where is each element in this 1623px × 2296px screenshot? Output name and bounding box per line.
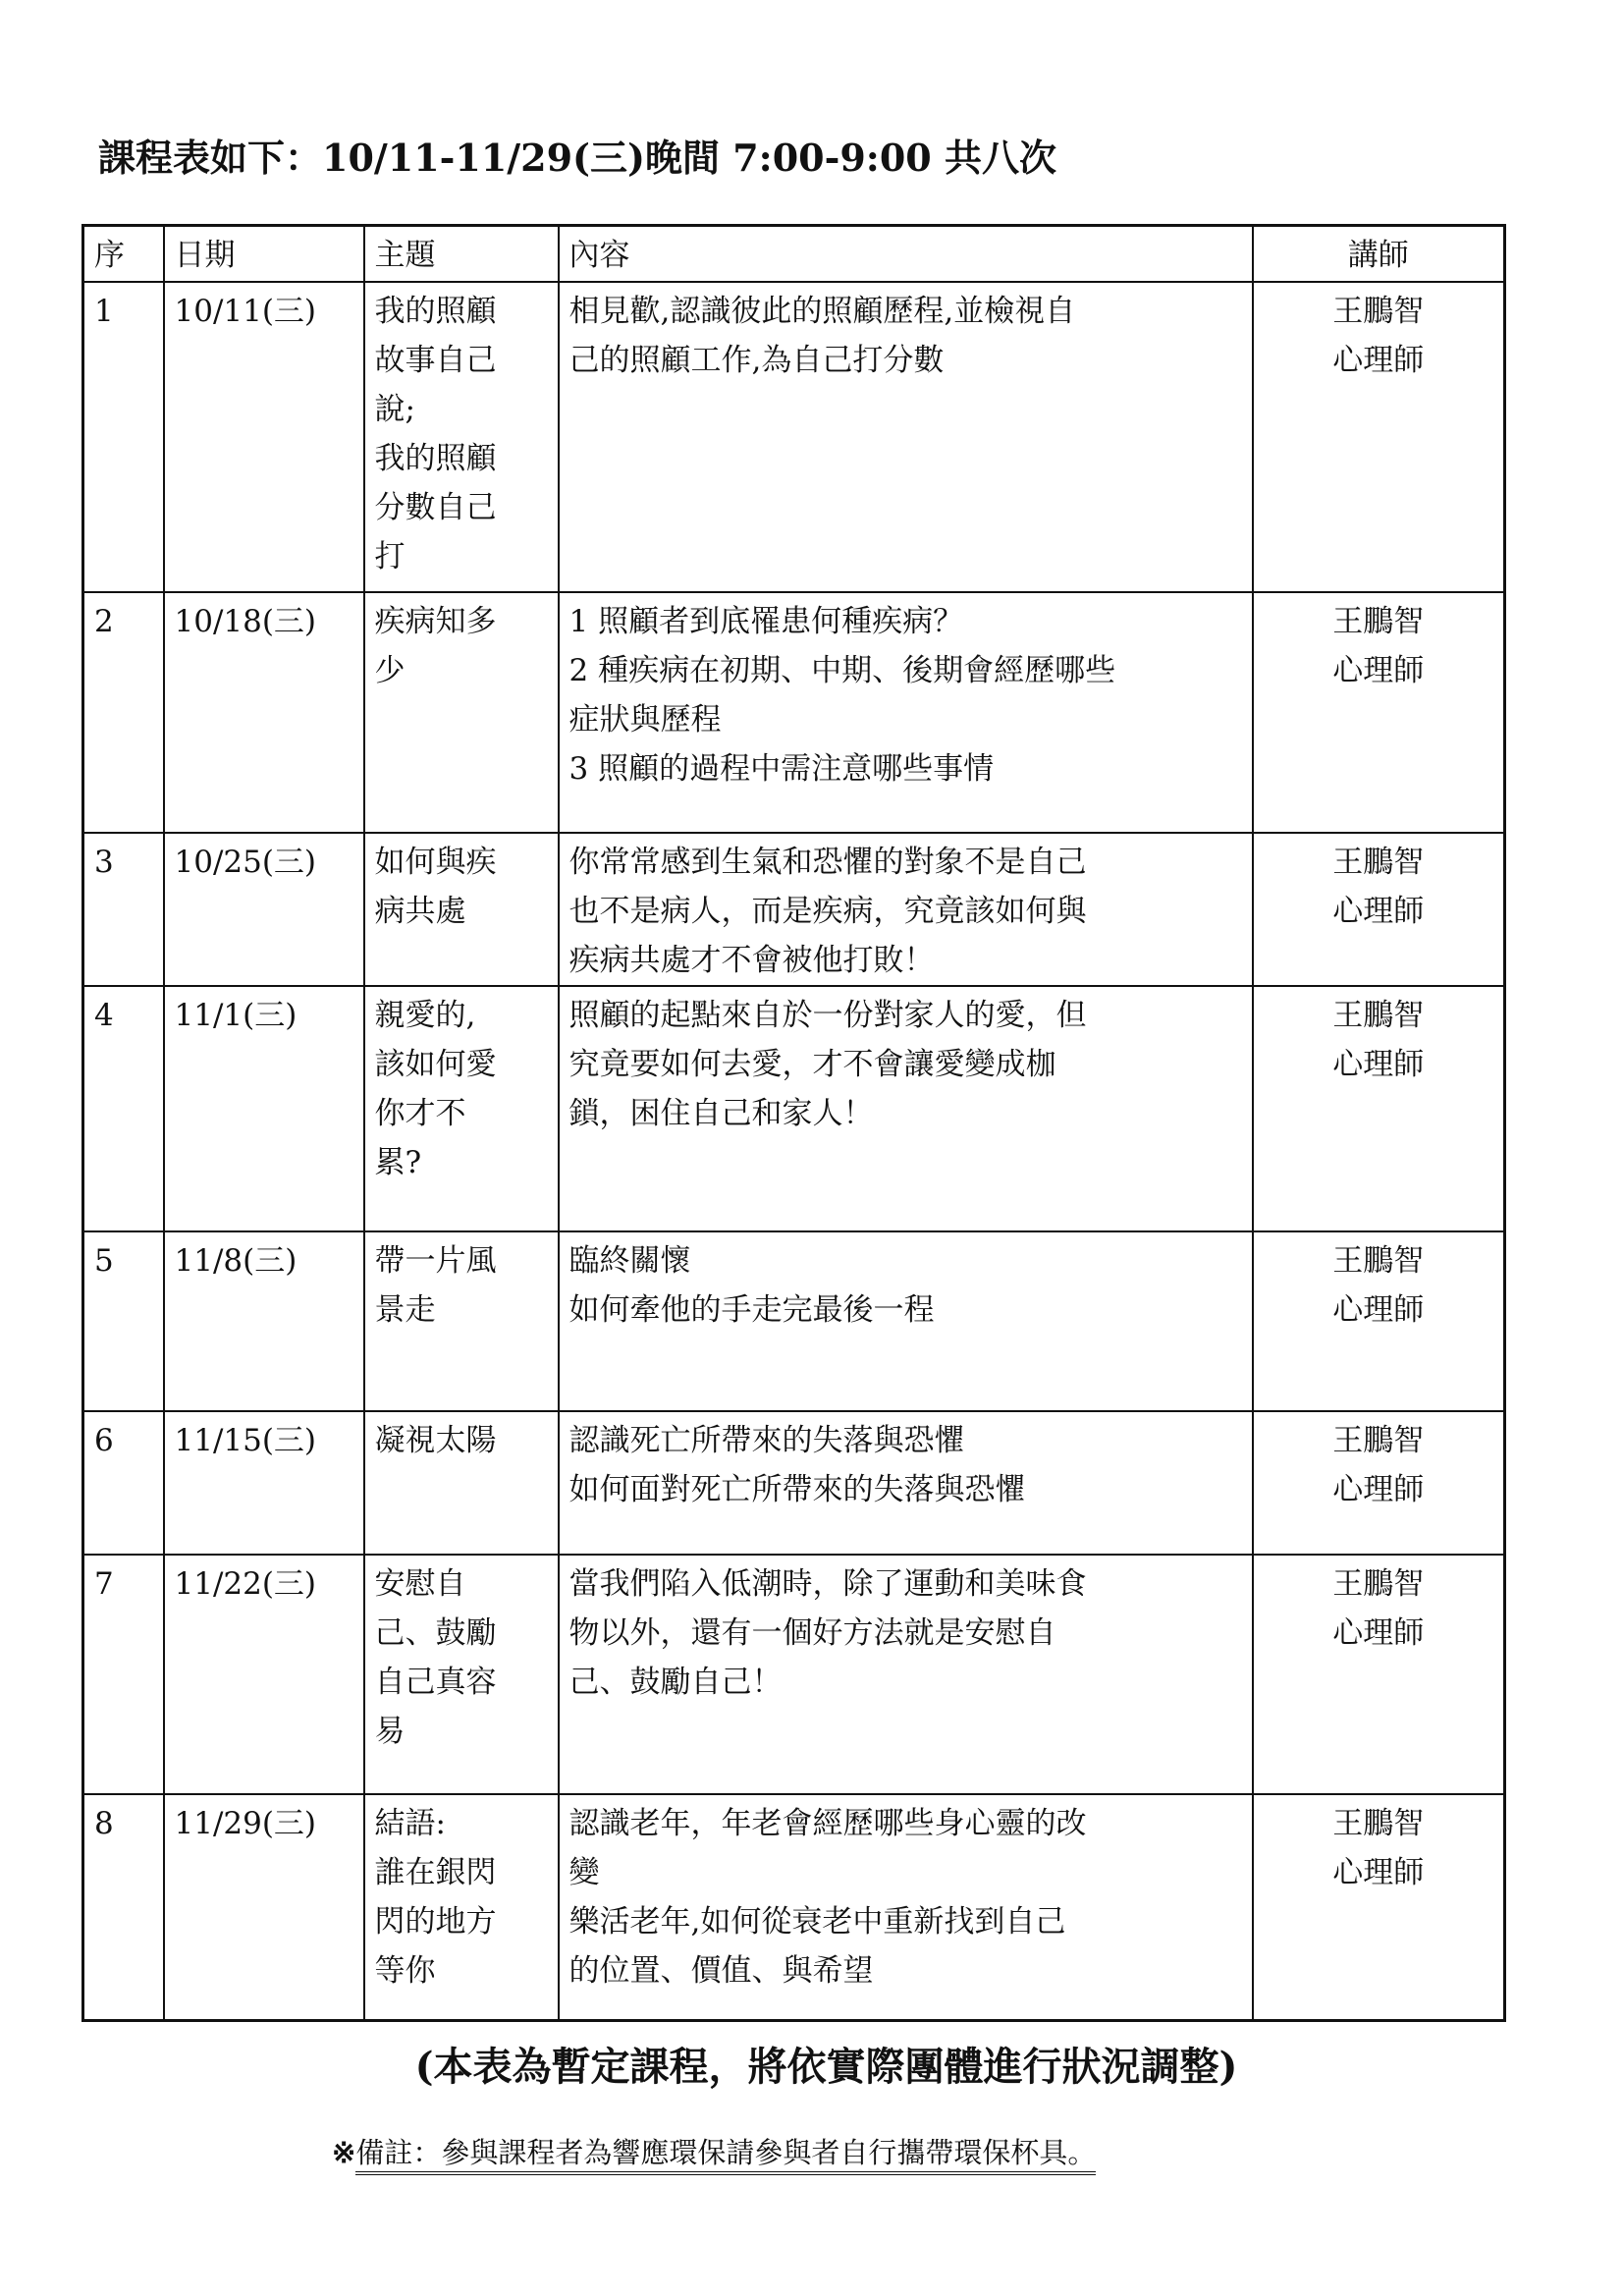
cell-content-line: 的位置、價值、與希望	[569, 1946, 1242, 1995]
page-title: 課程表如下：10/11-11/29(三)晚間 7:00-9:00 共八次	[98, 134, 1056, 183]
header-seq: 序	[83, 226, 164, 282]
table-row: 210/18(三)疾病知多少1 照顧者到底罹患何種疾病？2 種疾病在初期、中期、…	[83, 592, 1505, 833]
cell-seq: 2	[83, 592, 164, 833]
header-instructor: 講師	[1253, 226, 1505, 282]
cell-topic-line: 病共處	[375, 887, 548, 936]
cell-content: 照顧的起點來自於一份對家人的愛，但究竟要如何去愛，才不會讓愛變成枷鎖，困住自己和…	[559, 986, 1253, 1231]
reference-mark-icon: ※	[332, 2136, 355, 2169]
cell-seq: 5	[83, 1231, 164, 1411]
cell-instructor-line: 心理師	[1264, 1040, 1494, 1089]
cell-instructor-line: 心理師	[1264, 1465, 1494, 1514]
cell-topic-line: 分數自己	[375, 483, 548, 532]
cell-topic: 親愛的,該如何愛你才不累?	[364, 986, 559, 1231]
cell-instructor-line: 王鵬智	[1264, 1236, 1494, 1285]
cell-topic-line: 少	[375, 646, 548, 695]
cell-instructor-line: 王鵬智	[1264, 1559, 1494, 1609]
table-row: 611/15(三)凝視太陽認識死亡所帶來的失落與恐懼如何面對死亡所帶來的失落與恐…	[83, 1411, 1505, 1555]
schedule-table: 序 日期 主題 內容 講師 110/11(三)我的照顧故事自己說;我的照顧分數自…	[81, 224, 1506, 2022]
cell-content-line: 1 照顧者到底罹患何種疾病？	[569, 597, 1242, 646]
cell-instructor-line: 王鵬智	[1264, 838, 1494, 887]
cell-content-line: 物以外，還有一個好方法就是安慰自	[569, 1609, 1242, 1658]
cell-content-line: 2 種疾病在初期、中期、後期會經歷哪些	[569, 646, 1242, 695]
cell-content: 認識老年，年老會經歷哪些身心靈的改變樂活老年,如何從衰老中重新找到自己的位置、價…	[559, 1794, 1253, 2021]
cell-topic-line: 故事自己	[375, 336, 548, 385]
cell-content-line: 究竟要如何去愛，才不會讓愛變成枷	[569, 1040, 1242, 1089]
cell-topic-line: 誰在銀閃	[375, 1848, 548, 1897]
cell-instructor-line: 王鵬智	[1264, 991, 1494, 1040]
cell-content: 當我們陷入低潮時，除了運動和美味食物以外，還有一個好方法就是安慰自己、鼓勵自己！	[559, 1555, 1253, 1794]
cell-content-line: 你常常感到生氣和恐懼的對象不是自己	[569, 838, 1242, 887]
cell-instructor: 王鵬智心理師	[1253, 592, 1505, 833]
cell-topic-line: 疾病知多	[375, 597, 548, 646]
cell-topic-line: 親愛的,	[375, 991, 548, 1040]
cell-content-line: 相見歡,認識彼此的照顧歷程,並檢視自	[569, 287, 1242, 336]
cell-topic-line: 等你	[375, 1946, 548, 1995]
cell-content-line: 變	[569, 1848, 1242, 1897]
table-row: 711/22(三)安慰自己、鼓勵自己真容易當我們陷入低潮時，除了運動和美味食物以…	[83, 1555, 1505, 1794]
cell-topic: 凝視太陽	[364, 1411, 559, 1555]
cell-instructor-line: 心理師	[1264, 887, 1494, 936]
cell-date: 11/8(三)	[164, 1231, 364, 1411]
cell-seq: 3	[83, 833, 164, 986]
cell-date: 11/22(三)	[164, 1555, 364, 1794]
cell-instructor-line: 王鵬智	[1264, 597, 1494, 646]
cell-topic: 疾病知多少	[364, 592, 559, 833]
cell-topic-line: 如何與疾	[375, 838, 548, 887]
cell-date: 11/1(三)	[164, 986, 364, 1231]
cell-seq: 1	[83, 282, 164, 592]
cell-instructor-line: 心理師	[1264, 646, 1494, 695]
cell-content-line: 臨終關懷	[569, 1236, 1242, 1285]
cell-date: 11/29(三)	[164, 1794, 364, 2021]
cell-date: 10/11(三)	[164, 282, 364, 592]
cell-instructor: 王鵬智心理師	[1253, 282, 1505, 592]
cell-instructor-line: 心理師	[1264, 1848, 1494, 1897]
cell-topic-line: 說;	[375, 385, 548, 434]
cell-content-line: 認識死亡所帶來的失落與恐懼	[569, 1416, 1242, 1465]
cell-topic-line: 帶一片風	[375, 1236, 548, 1285]
cell-content-line: 症狀與歷程	[569, 695, 1242, 744]
cell-instructor: 王鵬智心理師	[1253, 1411, 1505, 1555]
cell-topic-line: 打	[375, 532, 548, 581]
cell-topic-line: 閃的地方	[375, 1897, 548, 1946]
cell-date: 10/18(三)	[164, 592, 364, 833]
cell-content-line: 照顧的起點來自於一份對家人的愛，但	[569, 991, 1242, 1040]
cell-topic-line: 景走	[375, 1285, 548, 1335]
schedule-disclaimer: (本表為暫定課程，將依實際團體進行狀況調整)	[0, 2043, 1623, 2092]
cell-instructor-line: 王鵬智	[1264, 287, 1494, 336]
table-row: 110/11(三)我的照顧故事自己說;我的照顧分數自己打相見歡,認識彼此的照顧歷…	[83, 282, 1505, 592]
cell-topic-line: 己、鼓勵	[375, 1609, 548, 1658]
header-content: 內容	[559, 226, 1253, 282]
table-row: 310/25(三)如何與疾病共處你常常感到生氣和恐懼的對象不是自己也不是病人，而…	[83, 833, 1505, 986]
cell-content-line: 3 照顧的過程中需注意哪些事情	[569, 744, 1242, 793]
cell-content-line: 認識老年，年老會經歷哪些身心靈的改	[569, 1799, 1242, 1848]
header-topic: 主題	[364, 226, 559, 282]
cell-topic-line: 我的照顧	[375, 287, 548, 336]
cell-topic-line: 凝視太陽	[375, 1416, 548, 1465]
remark-text: 備註：參與課程者為響應環保請參與者自行攜帶環保杯具。	[355, 2136, 1096, 2175]
cell-content-line: 己、鼓勵自己！	[569, 1658, 1242, 1707]
cell-topic-line: 安慰自	[375, 1559, 548, 1609]
cell-content-line: 疾病共處才不會被他打敗！	[569, 936, 1242, 985]
cell-instructor-line: 王鵬智	[1264, 1799, 1494, 1848]
cell-topic-line: 我的照顧	[375, 434, 548, 483]
cell-seq: 6	[83, 1411, 164, 1555]
table-row: 811/29(三)結語:誰在銀閃閃的地方等你認識老年，年老會經歷哪些身心靈的改變…	[83, 1794, 1505, 2021]
cell-seq: 4	[83, 986, 164, 1231]
cell-content: 臨終關懷如何牽他的手走完最後一程	[559, 1231, 1253, 1411]
cell-topic: 結語:誰在銀閃閃的地方等你	[364, 1794, 559, 2021]
cell-content: 認識死亡所帶來的失落與恐懼如何面對死亡所帶來的失落與恐懼	[559, 1411, 1253, 1555]
remark-note: ※備註：參與課程者為響應環保請參與者自行攜帶環保杯具。	[332, 2133, 1096, 2172]
cell-seq: 7	[83, 1555, 164, 1794]
table-row: 411/1(三)親愛的,該如何愛你才不累?照顧的起點來自於一份對家人的愛，但究竟…	[83, 986, 1505, 1231]
cell-instructor: 王鵬智心理師	[1253, 1555, 1505, 1794]
cell-content-line: 當我們陷入低潮時，除了運動和美味食	[569, 1559, 1242, 1609]
cell-instructor: 王鵬智心理師	[1253, 1794, 1505, 2021]
cell-content: 你常常感到生氣和恐懼的對象不是自己也不是病人，而是疾病，究竟該如何與疾病共處才不…	[559, 833, 1253, 986]
cell-instructor: 王鵬智心理師	[1253, 833, 1505, 986]
cell-instructor: 王鵬智心理師	[1253, 986, 1505, 1231]
cell-date: 11/15(三)	[164, 1411, 364, 1555]
cell-instructor-line: 心理師	[1264, 1285, 1494, 1335]
cell-topic-line: 結語:	[375, 1799, 548, 1848]
cell-instructor-line: 心理師	[1264, 1609, 1494, 1658]
cell-content: 相見歡,認識彼此的照顧歷程,並檢視自己的照顧工作,為自己打分數	[559, 282, 1253, 592]
cell-instructor-line: 心理師	[1264, 336, 1494, 385]
cell-content: 1 照顧者到底罹患何種疾病？2 種疾病在初期、中期、後期會經歷哪些症狀與歷程3 …	[559, 592, 1253, 833]
cell-seq: 8	[83, 1794, 164, 2021]
cell-content-line: 也不是病人，而是疾病，究竟該如何與	[569, 887, 1242, 936]
header-date: 日期	[164, 226, 364, 282]
cell-topic: 帶一片風景走	[364, 1231, 559, 1411]
cell-content-line: 樂活老年,如何從衰老中重新找到自己	[569, 1897, 1242, 1946]
cell-content-line: 鎖，困住自己和家人！	[569, 1089, 1242, 1138]
cell-topic-line: 自己真容	[375, 1658, 548, 1707]
cell-topic: 安慰自己、鼓勵自己真容易	[364, 1555, 559, 1794]
cell-content-line: 如何面對死亡所帶來的失落與恐懼	[569, 1465, 1242, 1514]
table-row: 511/8(三)帶一片風景走臨終關懷如何牽他的手走完最後一程王鵬智心理師	[83, 1231, 1505, 1411]
table-header-row: 序 日期 主題 內容 講師	[83, 226, 1505, 282]
cell-content-line: 如何牽他的手走完最後一程	[569, 1285, 1242, 1335]
cell-date: 10/25(三)	[164, 833, 364, 986]
cell-topic-line: 該如何愛	[375, 1040, 548, 1089]
cell-topic-line: 你才不	[375, 1089, 548, 1138]
cell-topic-line: 累?	[375, 1138, 548, 1187]
cell-topic: 我的照顧故事自己說;我的照顧分數自己打	[364, 282, 559, 592]
cell-content-line: 己的照顧工作,為自己打分數	[569, 336, 1242, 385]
cell-instructor: 王鵬智心理師	[1253, 1231, 1505, 1411]
cell-topic-line: 易	[375, 1707, 548, 1756]
cell-topic: 如何與疾病共處	[364, 833, 559, 986]
cell-instructor-line: 王鵬智	[1264, 1416, 1494, 1465]
